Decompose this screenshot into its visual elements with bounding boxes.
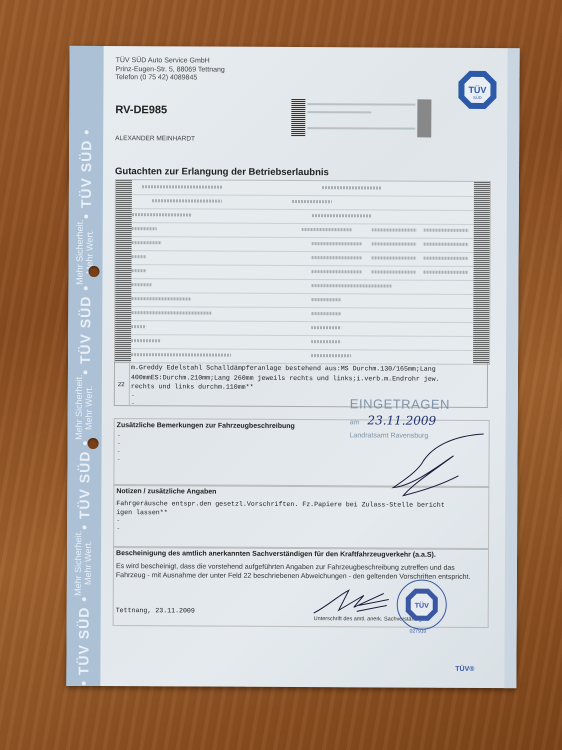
strip-brand: • TÜV SÜD • <box>77 440 91 530</box>
place-date: Tettnang, 23.11.2009 <box>114 605 197 618</box>
signature-expert-icon <box>309 585 399 617</box>
strip-brand: • TÜV SÜD • <box>78 285 92 375</box>
svg-text:TÜV: TÜV <box>468 85 486 95</box>
brand-strip-text: • TÜV SÜD • Mehr Sicherheit.Mehr Wert. •… <box>66 46 103 686</box>
svg-text:SÜD: SÜD <box>473 95 482 100</box>
redacted-vehicle-data-table <box>114 179 491 365</box>
seal-number: 027910 <box>410 629 427 635</box>
document-title: Gutachten zur Erlangung der Betriebserla… <box>115 166 329 178</box>
brand-strip: • TÜV SÜD • Mehr Sicherheit.Mehr Wert. •… <box>66 46 103 686</box>
strip-slogan: Mehr Sicherheit.Mehr Wert. <box>74 530 94 596</box>
punch-hole <box>88 438 99 449</box>
strip-slogan: Mehr Sicherheit.Mehr Wert. <box>75 375 95 441</box>
signature-authority-icon <box>343 425 493 506</box>
tuv-sud-logo-icon: TÜV SÜD <box>456 69 498 111</box>
tuv-seal-stamp: TÜV 027910 <box>397 580 447 630</box>
punch-hole <box>88 266 99 277</box>
reference-number: RV-DE985 <box>115 104 167 116</box>
footer-brand: TÜV® <box>455 666 474 673</box>
field-number: 22 <box>118 381 125 391</box>
strip-brand: • TÜV SÜD • <box>79 129 93 219</box>
svg-text:TÜV: TÜV <box>415 601 429 610</box>
strip-brand: • TÜV SÜD • <box>76 596 90 686</box>
recipient-name: ALEXANDER MEINHARDT <box>115 135 195 142</box>
redacted-address-block <box>291 99 431 138</box>
issuer-address: TÜV SÜD Auto Service GmbH Prinz-Eugen-St… <box>115 57 224 83</box>
tuv-certificate-page: • TÜV SÜD • Mehr Sicherheit.Mehr Wert. •… <box>66 46 519 688</box>
